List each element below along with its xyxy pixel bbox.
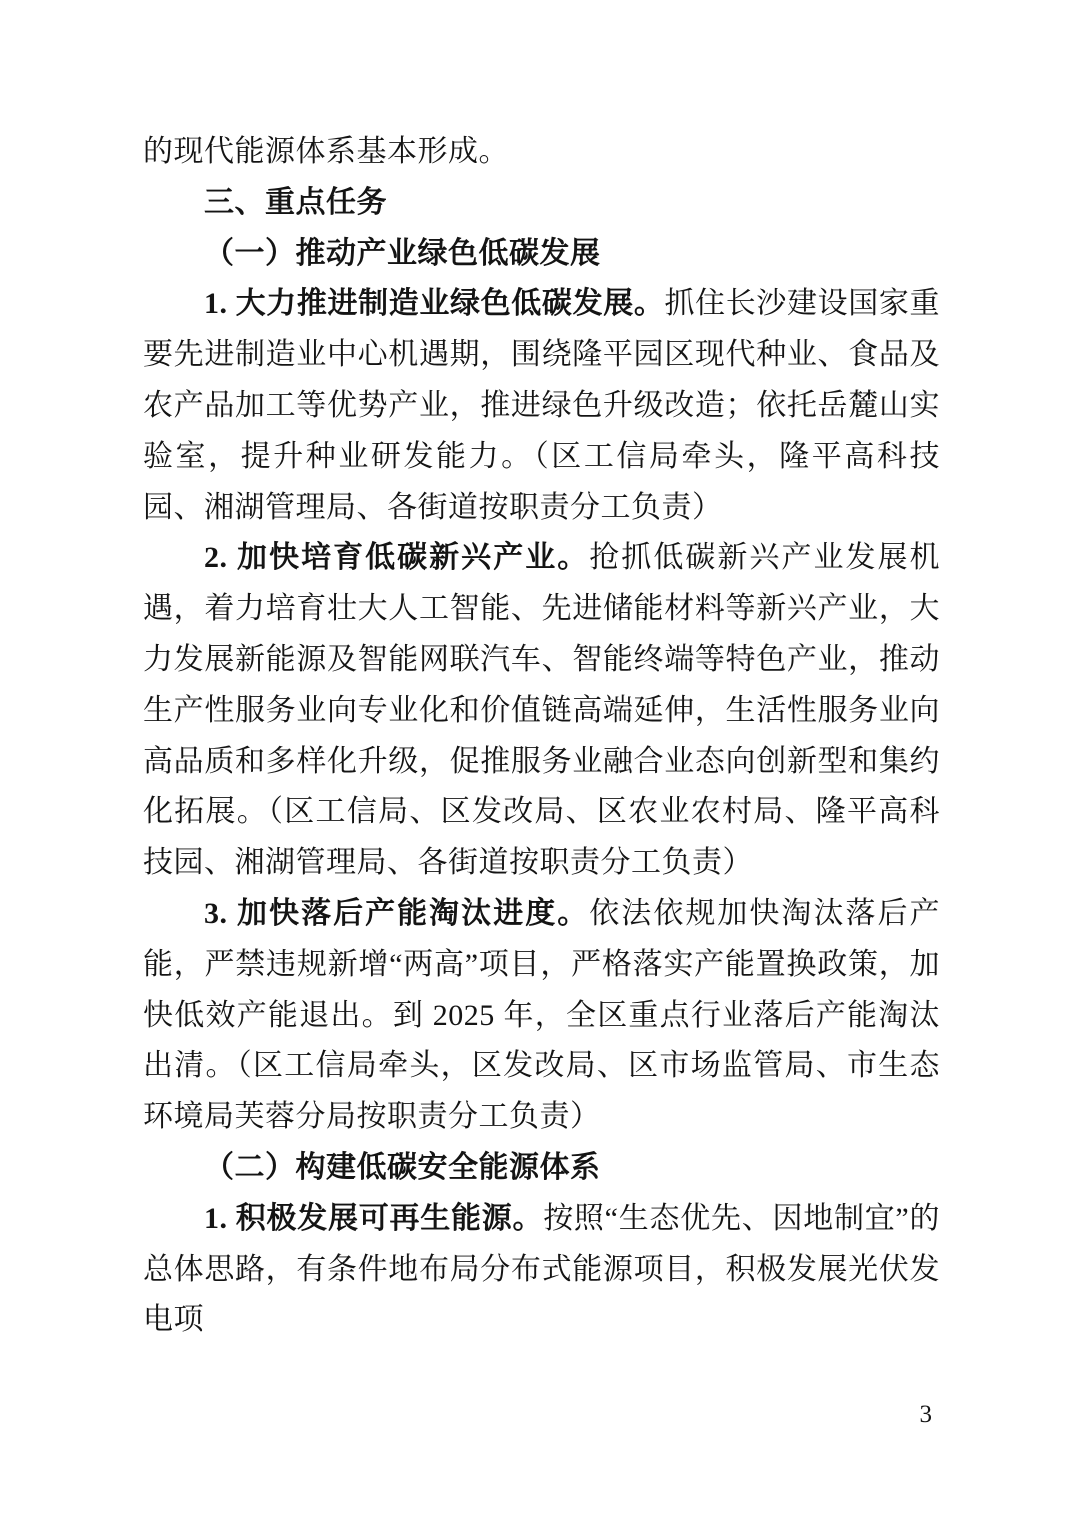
bold-text-run: 三、重点任务 — [204, 186, 387, 219]
paragraph-heading-1: 三、重点任务 — [143, 178, 940, 229]
bold-text-run: 1. 大力推进制造业绿色低碳发展。 — [204, 287, 664, 320]
text-run: 抢抓低碳新兴产业发展机遇，着力培育壮大人工智能、先进储能材料等新兴产业，大力发展… — [143, 541, 940, 879]
document-page: 的现代能源体系基本形成。三、重点任务（一）推动产业绿色低碳发展1. 大力推进制造… — [0, 0, 1074, 1520]
paragraph-body: 的现代能源体系基本形成。 — [143, 127, 940, 178]
bold-text-run: 1. 积极发展可再生能源。 — [204, 1202, 543, 1235]
text-run: 依法依规加快淘汰落后产能，严禁违规新增“两高”项目，严格落实产能置换政策，加快低… — [143, 897, 940, 1133]
bold-text-run: 2. 加快培育低碳新兴产业。 — [204, 541, 589, 574]
bold-text-run: （二）构建低碳安全能源体系 — [204, 1151, 601, 1184]
paragraph-body: 1. 大力推进制造业绿色低碳发展。抓住长沙建设国家重要先进制造业中心机遇期，围绕… — [143, 279, 940, 533]
paragraph-body: 2. 加快培育低碳新兴产业。抢抓低碳新兴产业发展机遇，着力培育壮大人工智能、先进… — [143, 533, 940, 889]
document-content: 的现代能源体系基本形成。三、重点任务（一）推动产业绿色低碳发展1. 大力推进制造… — [143, 127, 940, 1346]
paragraph-heading-2: （一）推动产业绿色低碳发展 — [143, 229, 940, 280]
bold-text-run: （一）推动产业绿色低碳发展 — [204, 237, 601, 270]
bold-text-run: 3. 加快落后产能淘汰进度。 — [204, 897, 589, 930]
paragraph-body: 3. 加快落后产能淘汰进度。依法依规加快淘汰落后产能，严禁违规新增“两高”项目，… — [143, 889, 940, 1143]
page-number: 3 — [920, 1400, 933, 1430]
paragraph-heading-2: （二）构建低碳安全能源体系 — [143, 1143, 940, 1194]
text-run: 抓住长沙建设国家重要先进制造业中心机遇期，围绕隆平园区现代种业、食品及农产品加工… — [143, 287, 940, 523]
text-run: 的现代能源体系基本形成。 — [143, 135, 509, 168]
paragraph-body: 1. 积极发展可再生能源。按照“生态优先、因地制宜”的总体思路，有条件地布局分布… — [143, 1194, 940, 1346]
